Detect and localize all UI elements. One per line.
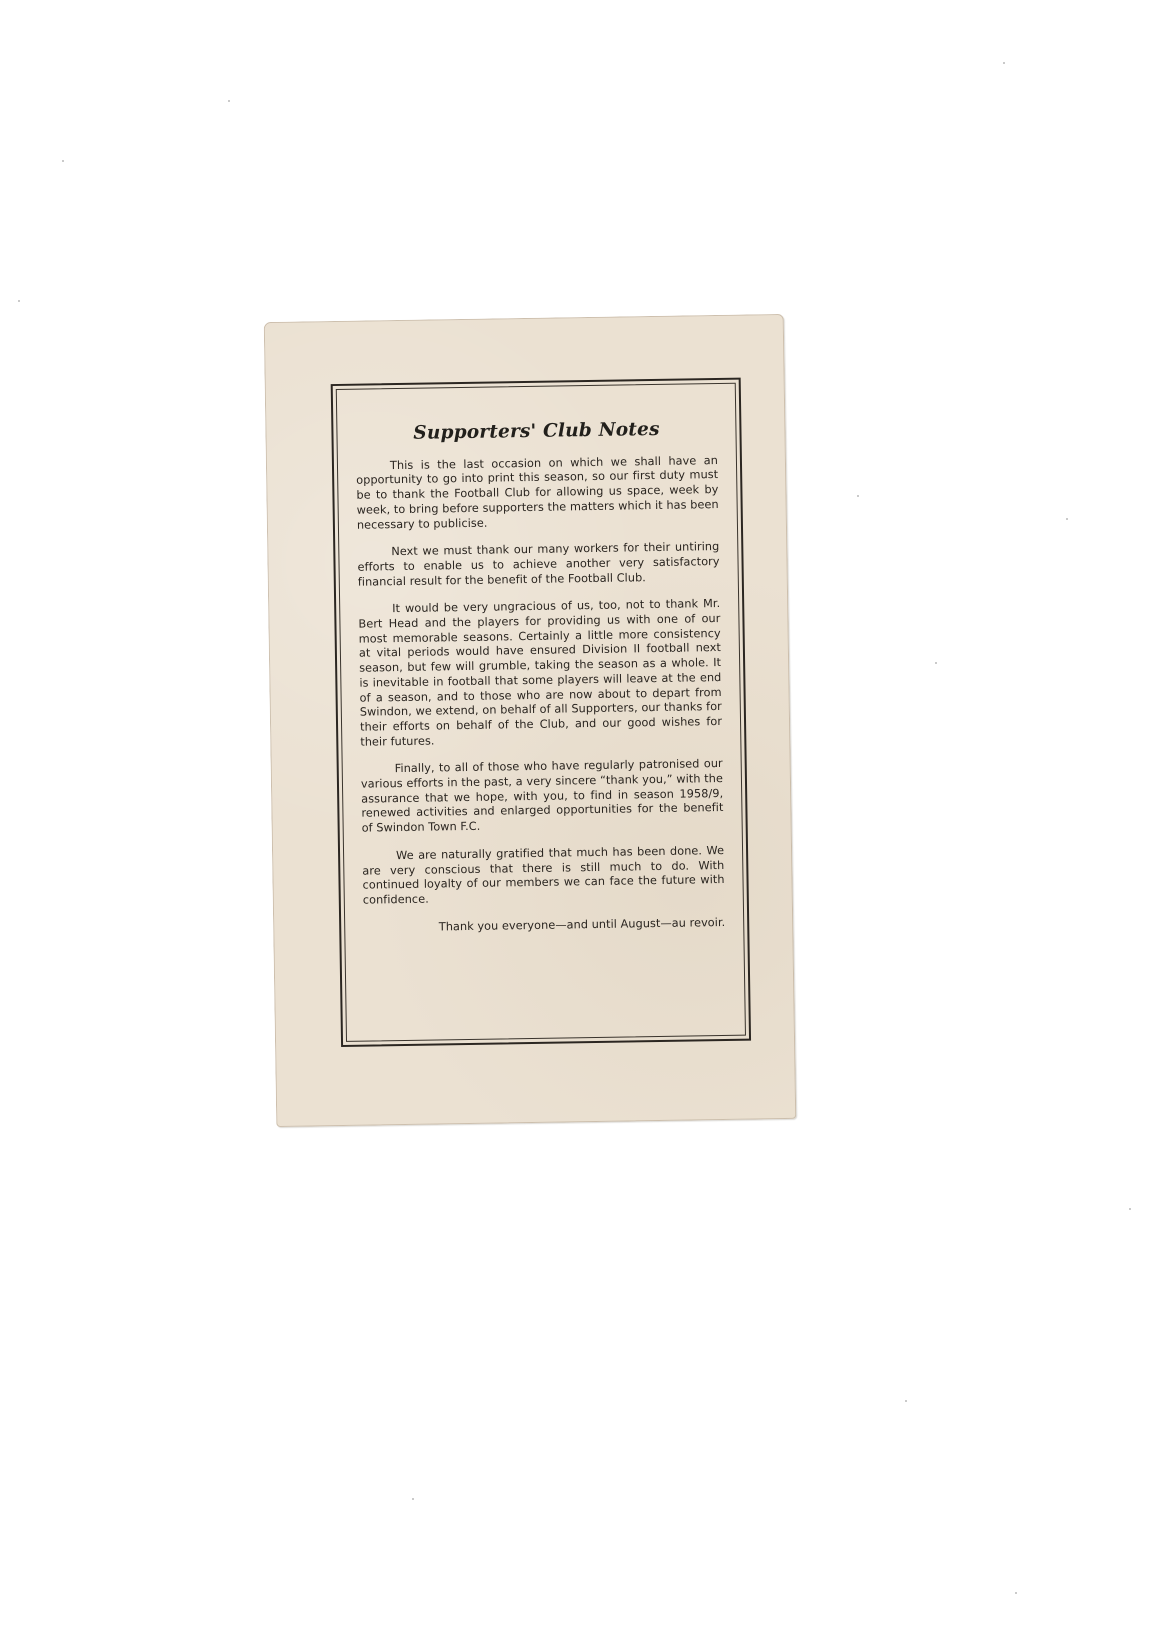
scan-speck xyxy=(228,100,230,102)
signoff-line: Thank you everyone—and until August—au r… xyxy=(363,916,725,936)
double-rule-border: Supporters' Club Notes This is the last … xyxy=(331,378,751,1047)
article-body: Supporters' Club Notes This is the last … xyxy=(355,422,725,949)
paragraph-gratified: We are naturally gratified that much has… xyxy=(362,844,725,908)
scan-speck xyxy=(1066,518,1068,520)
scan-speck xyxy=(1015,1592,1017,1594)
paragraph-workers-thanks: Next we must thank our many workers for … xyxy=(357,540,720,590)
scan-speck xyxy=(1003,62,1005,64)
scan-speck xyxy=(1129,1208,1131,1210)
scan-speck xyxy=(857,495,859,497)
scan-speck xyxy=(62,160,64,162)
paragraph-patrons-thanks: Finally, to all of those who have regula… xyxy=(361,757,724,836)
scan-speck xyxy=(935,662,937,664)
scan-speck xyxy=(905,1400,907,1402)
scan-speck xyxy=(412,1498,414,1500)
scanned-page-background: Supporters' Club Notes This is the last … xyxy=(0,0,1161,1646)
scan-speck xyxy=(18,300,20,302)
programme-page-card: Supporters' Club Notes This is the last … xyxy=(264,314,797,1127)
paragraph-players-thanks: It would be very ungracious of us, too, … xyxy=(358,597,722,750)
paragraph-opening: This is the last occasion on which we sh… xyxy=(356,454,719,533)
